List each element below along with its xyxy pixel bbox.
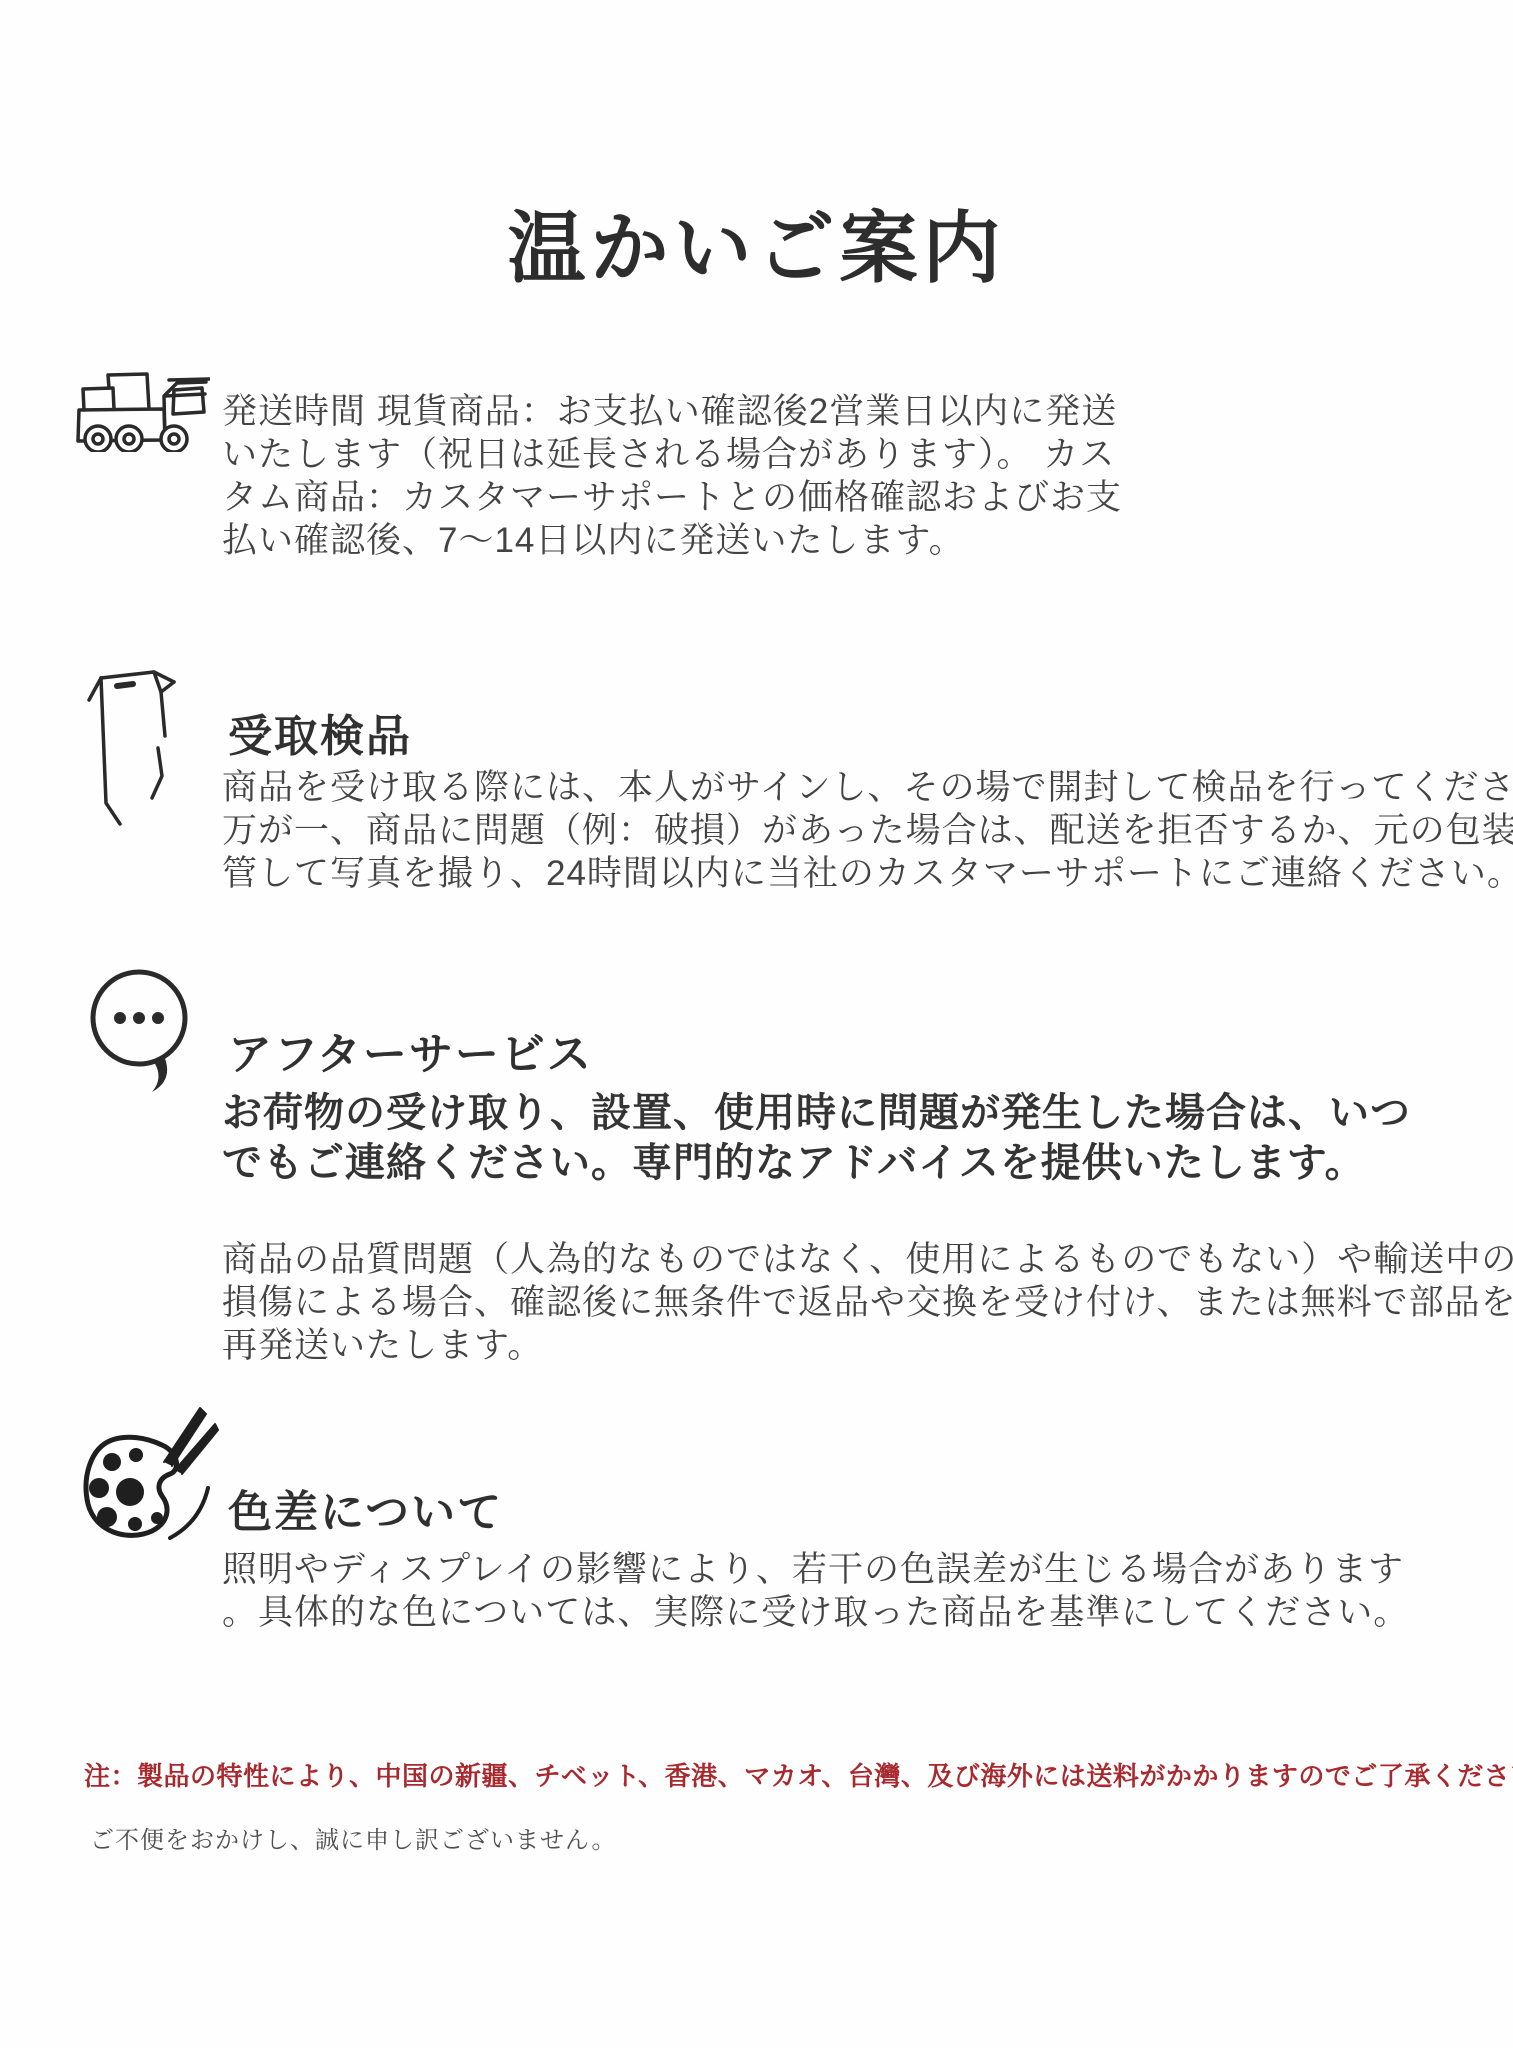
receipt-inspection-text: 商品を受け取る際には、本人がサインし、その場で開封して検品を行ってください 万が… xyxy=(222,766,1513,895)
shipping-time-text: 発送時間 現貨商品：お支払い確認後2営業日以内に発送 いたします（祝日は延長され… xyxy=(222,390,1122,562)
shipping-fee-note: 注：製品の特性により、中国の新疆、チベット、香港、マカオ、台灣、及び海外には送料… xyxy=(84,1756,1513,1793)
after-service-emphasis-text: お荷物の受け取り、設置、使用時に問題が発生した場合は、いつ でもご連絡ください。… xyxy=(222,1088,1411,1188)
after-service-heading: アフターサービス xyxy=(228,1018,593,1082)
chat-bubble-icon xyxy=(82,958,202,1118)
receipt-inspection-heading: 受取検品 xyxy=(228,700,412,764)
guide-page: 温かいご案内 発送時間 現貨商品：お支払い確認後2営業日以内に発送 いたします（… xyxy=(0,0,1513,2048)
color-difference-heading: 色差について xyxy=(228,1476,503,1540)
color-difference-text: 照明やディスプレイの影響により、若干の色誤差が生じる場合があります 。具体的な色… xyxy=(222,1548,1409,1634)
apology-note: ご不便をおかけし、誠に申し訳ございません。 xyxy=(90,1820,616,1855)
after-service-text: 商品の品質問題（人為的なものではなく、使用によるものでもない）や輸送中の 損傷に… xyxy=(222,1238,1513,1367)
page-title: 温かいご案内 xyxy=(0,186,1513,298)
box-icon xyxy=(76,658,186,828)
truck-icon xyxy=(70,352,210,452)
palette-icon xyxy=(72,1400,222,1575)
